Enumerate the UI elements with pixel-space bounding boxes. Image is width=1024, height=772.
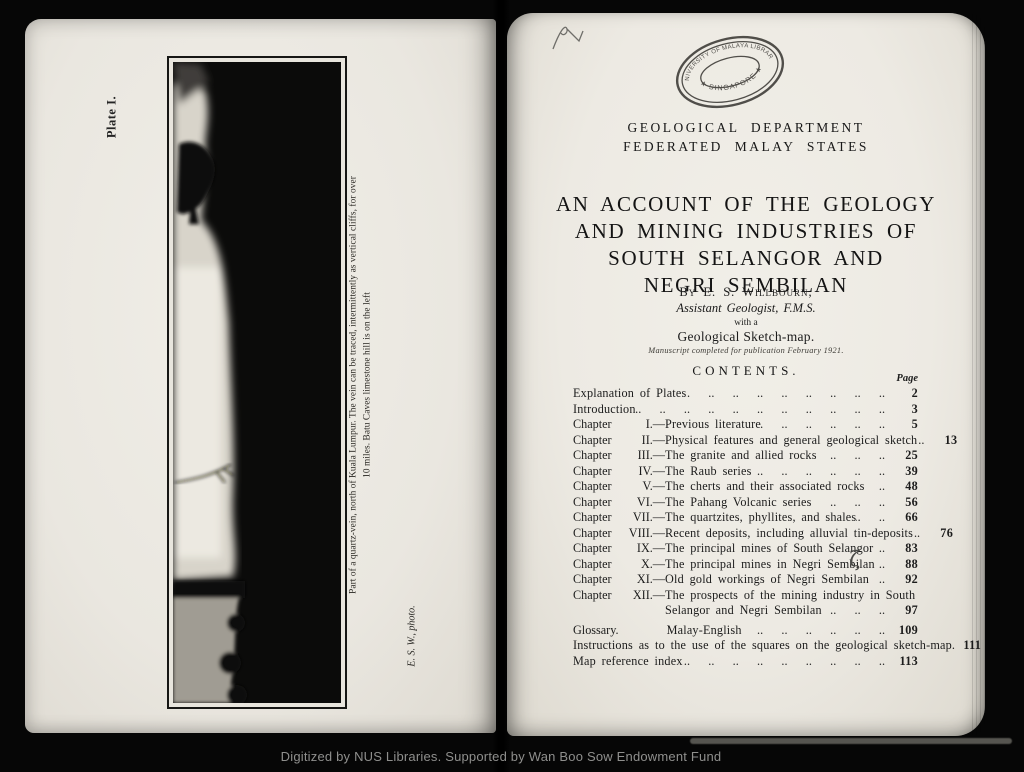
plate-caption: Part of a quartz-vein, north of Kuala Lu…: [348, 176, 375, 594]
toc-title: The principal mines in Negri Sembilan: [665, 557, 875, 573]
toc-leader: .. .. .. .. .. .. .. .. .. .. .. ..: [752, 464, 892, 480]
toc-leader: .. .. .. .. .. .. .. .. .. .. .. ..: [812, 495, 892, 511]
book-title: AN ACCOUNT OF THE GEOLOGY AND MINING IND…: [507, 191, 985, 299]
toc-leader: .. .. .. .. .. .. .. .. .. .. .. ..: [686, 386, 892, 402]
toc-row: Introduction.. .. .. .. .. .. .. .. .. .…: [573, 402, 918, 418]
toc-row: ChapterX.—The principal mines in Negri S…: [573, 557, 918, 573]
toc-leader: .. .. .. .. .. .. .. .. .. .. .. ..: [683, 654, 892, 670]
toc-title: The cherts and their associated rocks: [665, 479, 865, 495]
toc-title: The prospects of the mining industry in …: [665, 588, 915, 604]
manuscript-note: Manuscript completed for publication Feb…: [507, 346, 985, 355]
page-bottom-edge: [690, 738, 1012, 744]
toc-title: The quartzites, phyllites, and shales: [665, 510, 856, 526]
toc-title: Old gold workings of Negri Sembilan: [665, 572, 869, 588]
spine-shadow: [496, 232, 507, 268]
pencil-scratch: [549, 17, 591, 55]
toc-label: Instructions as to the use of the square…: [573, 638, 955, 654]
toc-chapter-number: VII.—: [617, 510, 665, 526]
toc-chapter-label: Chapter: [573, 588, 617, 604]
toc-row: ChapterI.—Previous literature.. .. .. ..…: [573, 417, 918, 433]
toc-chapter-number: VIII.—: [617, 526, 665, 542]
toc-leader: .. .. .. .. .. .. .. .. .. .. .. ..: [869, 572, 892, 588]
toc-page-number: 2: [892, 386, 918, 402]
toc-page-number: 109: [892, 623, 918, 639]
toc-page-number: 3: [892, 402, 918, 418]
toc-chapter-number: V.—: [617, 479, 665, 495]
page-column-header: Page: [573, 373, 918, 386]
toc-row: Glossary.Malay-English.. .. .. .. .. .. …: [573, 623, 918, 639]
plate-label: Plate I.: [105, 96, 120, 138]
plate-photo-frame: [167, 56, 347, 709]
toc-row: ChapterIV.—The Raub series.. .. .. .. ..…: [573, 464, 918, 480]
toc-chapter-number: IX.—: [617, 541, 665, 557]
sketch-map-line: Geological Sketch-map.: [507, 329, 985, 345]
byline: By E. S. Willbourn,: [507, 285, 985, 300]
title-line3: SOUTH SELANGOR AND: [507, 245, 985, 272]
toc-leader: .. .. .. .. .. .. .. .. .. .. .. ..: [875, 557, 892, 573]
toc-title: The Raub series: [665, 464, 752, 480]
toc-title: Selangor and Negri Sembilan: [665, 603, 822, 619]
toc-page-number: 113: [892, 654, 918, 670]
toc-leader: .. .. .. .. .. .. .. .. .. .. .. ..: [873, 541, 892, 557]
toc-chapter-label: Chapter: [573, 510, 617, 526]
title-line1: AN ACCOUNT OF THE GEOLOGY: [507, 191, 985, 218]
toc-chapter-label: Chapter: [573, 572, 617, 588]
department-line1: GEOLOGICAL DEPARTMENT: [507, 119, 985, 138]
contents-list: Explanation of Plates.. .. .. .. .. .. .…: [573, 386, 918, 669]
right-page: UNIVERSITY OF MALAYA LIBRARY ★ SINGAPORE…: [507, 13, 985, 736]
toc-row: ChapterIX.—The principal mines of South …: [573, 541, 918, 557]
toc-chapter-label: Chapter: [573, 495, 617, 511]
with-a: with a: [507, 318, 985, 328]
toc-leader: .. .. .. .. .. .. .. .. .. .. .. ..: [913, 526, 927, 542]
toc-row: ChapterXI.—Old gold workings of Negri Se…: [573, 572, 918, 588]
toc-page-number: 13: [931, 433, 957, 449]
contents-table: Page Explanation of Plates.. .. .. .. ..…: [573, 373, 918, 669]
toc-chapter-number: I.—: [617, 417, 665, 433]
toc-title: Malay-English: [667, 623, 742, 639]
department-line2: FEDERATED MALAY STATES: [507, 138, 985, 157]
title-line2: AND MINING INDUSTRIES OF: [507, 218, 985, 245]
toc-row: Instructions as to the use of the square…: [573, 638, 918, 654]
toc-chapter-label: Chapter: [573, 557, 617, 573]
toc-chapter-label: Chapter: [573, 464, 617, 480]
toc-chapter-number: X.—: [617, 557, 665, 573]
toc-page-number: 39: [892, 464, 918, 480]
toc-page-number: 88: [892, 557, 918, 573]
author-title: Assistant Geologist, F.M.S.: [507, 301, 985, 316]
toc-page-number: 111: [955, 638, 981, 654]
toc-leader: .. .. .. .. .. .. .. .. .. .. .. ..: [822, 603, 892, 619]
toc-row: ChapterVI.—The Pahang Volcanic series.. …: [573, 495, 918, 511]
toc-page-number: 83: [892, 541, 918, 557]
toc-leader: .. .. .. .. .. .. .. .. .. .. .. ..: [917, 433, 931, 449]
toc-row: ChapterII.—Physical features and general…: [573, 433, 918, 449]
toc-chapter-label: Chapter: [573, 433, 617, 449]
plate-photo: [173, 62, 341, 703]
toc-page-number: 5: [892, 417, 918, 433]
toc-row: ChapterVIII.—Recent deposits, including …: [573, 526, 918, 542]
toc-page-number: 56: [892, 495, 918, 511]
toc-row: Explanation of Plates.. .. .. .. .. .. .…: [573, 386, 918, 402]
digitization-watermark: Digitized by NUS Libraries. Supported by…: [0, 749, 1002, 764]
toc-chapter-number: IV.—: [617, 464, 665, 480]
toc-row: ChapterXII.—The prospects of the mining …: [573, 588, 918, 604]
plate-caption-line1: Part of a quartz-vein, north of Kuala Lu…: [348, 176, 362, 594]
toc-title: The principal mines of South Selangor: [665, 541, 873, 557]
toc-row: ChapterIII.—The granite and allied rocks…: [573, 448, 918, 464]
toc-title: The granite and allied rocks: [665, 448, 817, 464]
toc-page-number: 66: [892, 510, 918, 526]
toc-row: Map reference index.. .. .. .. .. .. .. …: [573, 654, 918, 670]
toc-label: Map reference index: [573, 654, 683, 670]
toc-title: Physical features and general geological…: [665, 433, 917, 449]
toc-title: The Pahang Volcanic series: [665, 495, 812, 511]
photo-credit: E. S. W., photo.: [407, 605, 418, 666]
plate-caption-line2: 10 miles. Batu Caves limestone hill is o…: [361, 176, 375, 594]
toc-chapter-label: Chapter: [573, 526, 617, 542]
book-scan: Plate I. Pa: [0, 0, 1024, 772]
toc-chapter-number: II.—: [617, 433, 665, 449]
toc-leader: .. .. .. .. .. .. .. .. .. .. .. ..: [865, 479, 892, 495]
toc-leader: .. .. .. .. .. .. .. .. .. .. .. ..: [742, 623, 892, 639]
department-heading: GEOLOGICAL DEPARTMENT FEDERATED MALAY ST…: [507, 119, 985, 156]
toc-row: ChapterV.—The cherts and their associate…: [573, 479, 918, 495]
toc-label: Explanation of Plates: [573, 386, 686, 402]
toc-chapter-label: Chapter: [573, 541, 617, 557]
toc-chapter-label: Chapter: [573, 417, 617, 433]
toc-chapter-label: Chapter: [573, 448, 617, 464]
toc-leader: .. .. .. .. .. .. .. .. .. .. .. ..: [817, 448, 892, 464]
toc-title: Previous literature: [665, 417, 761, 433]
toc-row: ChapterVII.—The quartzites, phyllites, a…: [573, 510, 918, 526]
toc-label: Introduction: [573, 402, 636, 418]
toc-chapter-number: XII.—: [617, 588, 665, 604]
toc-chapter-number: XI.—: [617, 572, 665, 588]
toc-page-number: 76: [927, 526, 953, 542]
toc-title: Recent deposits, including alluvial tin-…: [665, 526, 913, 542]
toc-leader: .. .. .. .. .. .. .. .. .. .. .. ..: [761, 417, 892, 433]
toc-leader: .. .. .. .. .. .. .. .. .. .. .. ..: [856, 510, 892, 526]
toc-page-number: 25: [892, 448, 918, 464]
toc-page-number: 92: [892, 572, 918, 588]
toc-chapter-number: III.—: [617, 448, 665, 464]
toc-chapter-label: Glossary.: [573, 623, 619, 639]
toc-page-number: 97: [892, 603, 918, 619]
toc-chapter-number: VI.—: [617, 495, 665, 511]
toc-chapter-label: Chapter: [573, 479, 617, 495]
toc-row-continuation: Selangor and Negri Sembilan.. .. .. .. .…: [573, 603, 918, 619]
toc-page-number: 48: [892, 479, 918, 495]
toc-leader: .. .. .. .. .. .. .. .. .. .. .. ..: [636, 402, 892, 418]
